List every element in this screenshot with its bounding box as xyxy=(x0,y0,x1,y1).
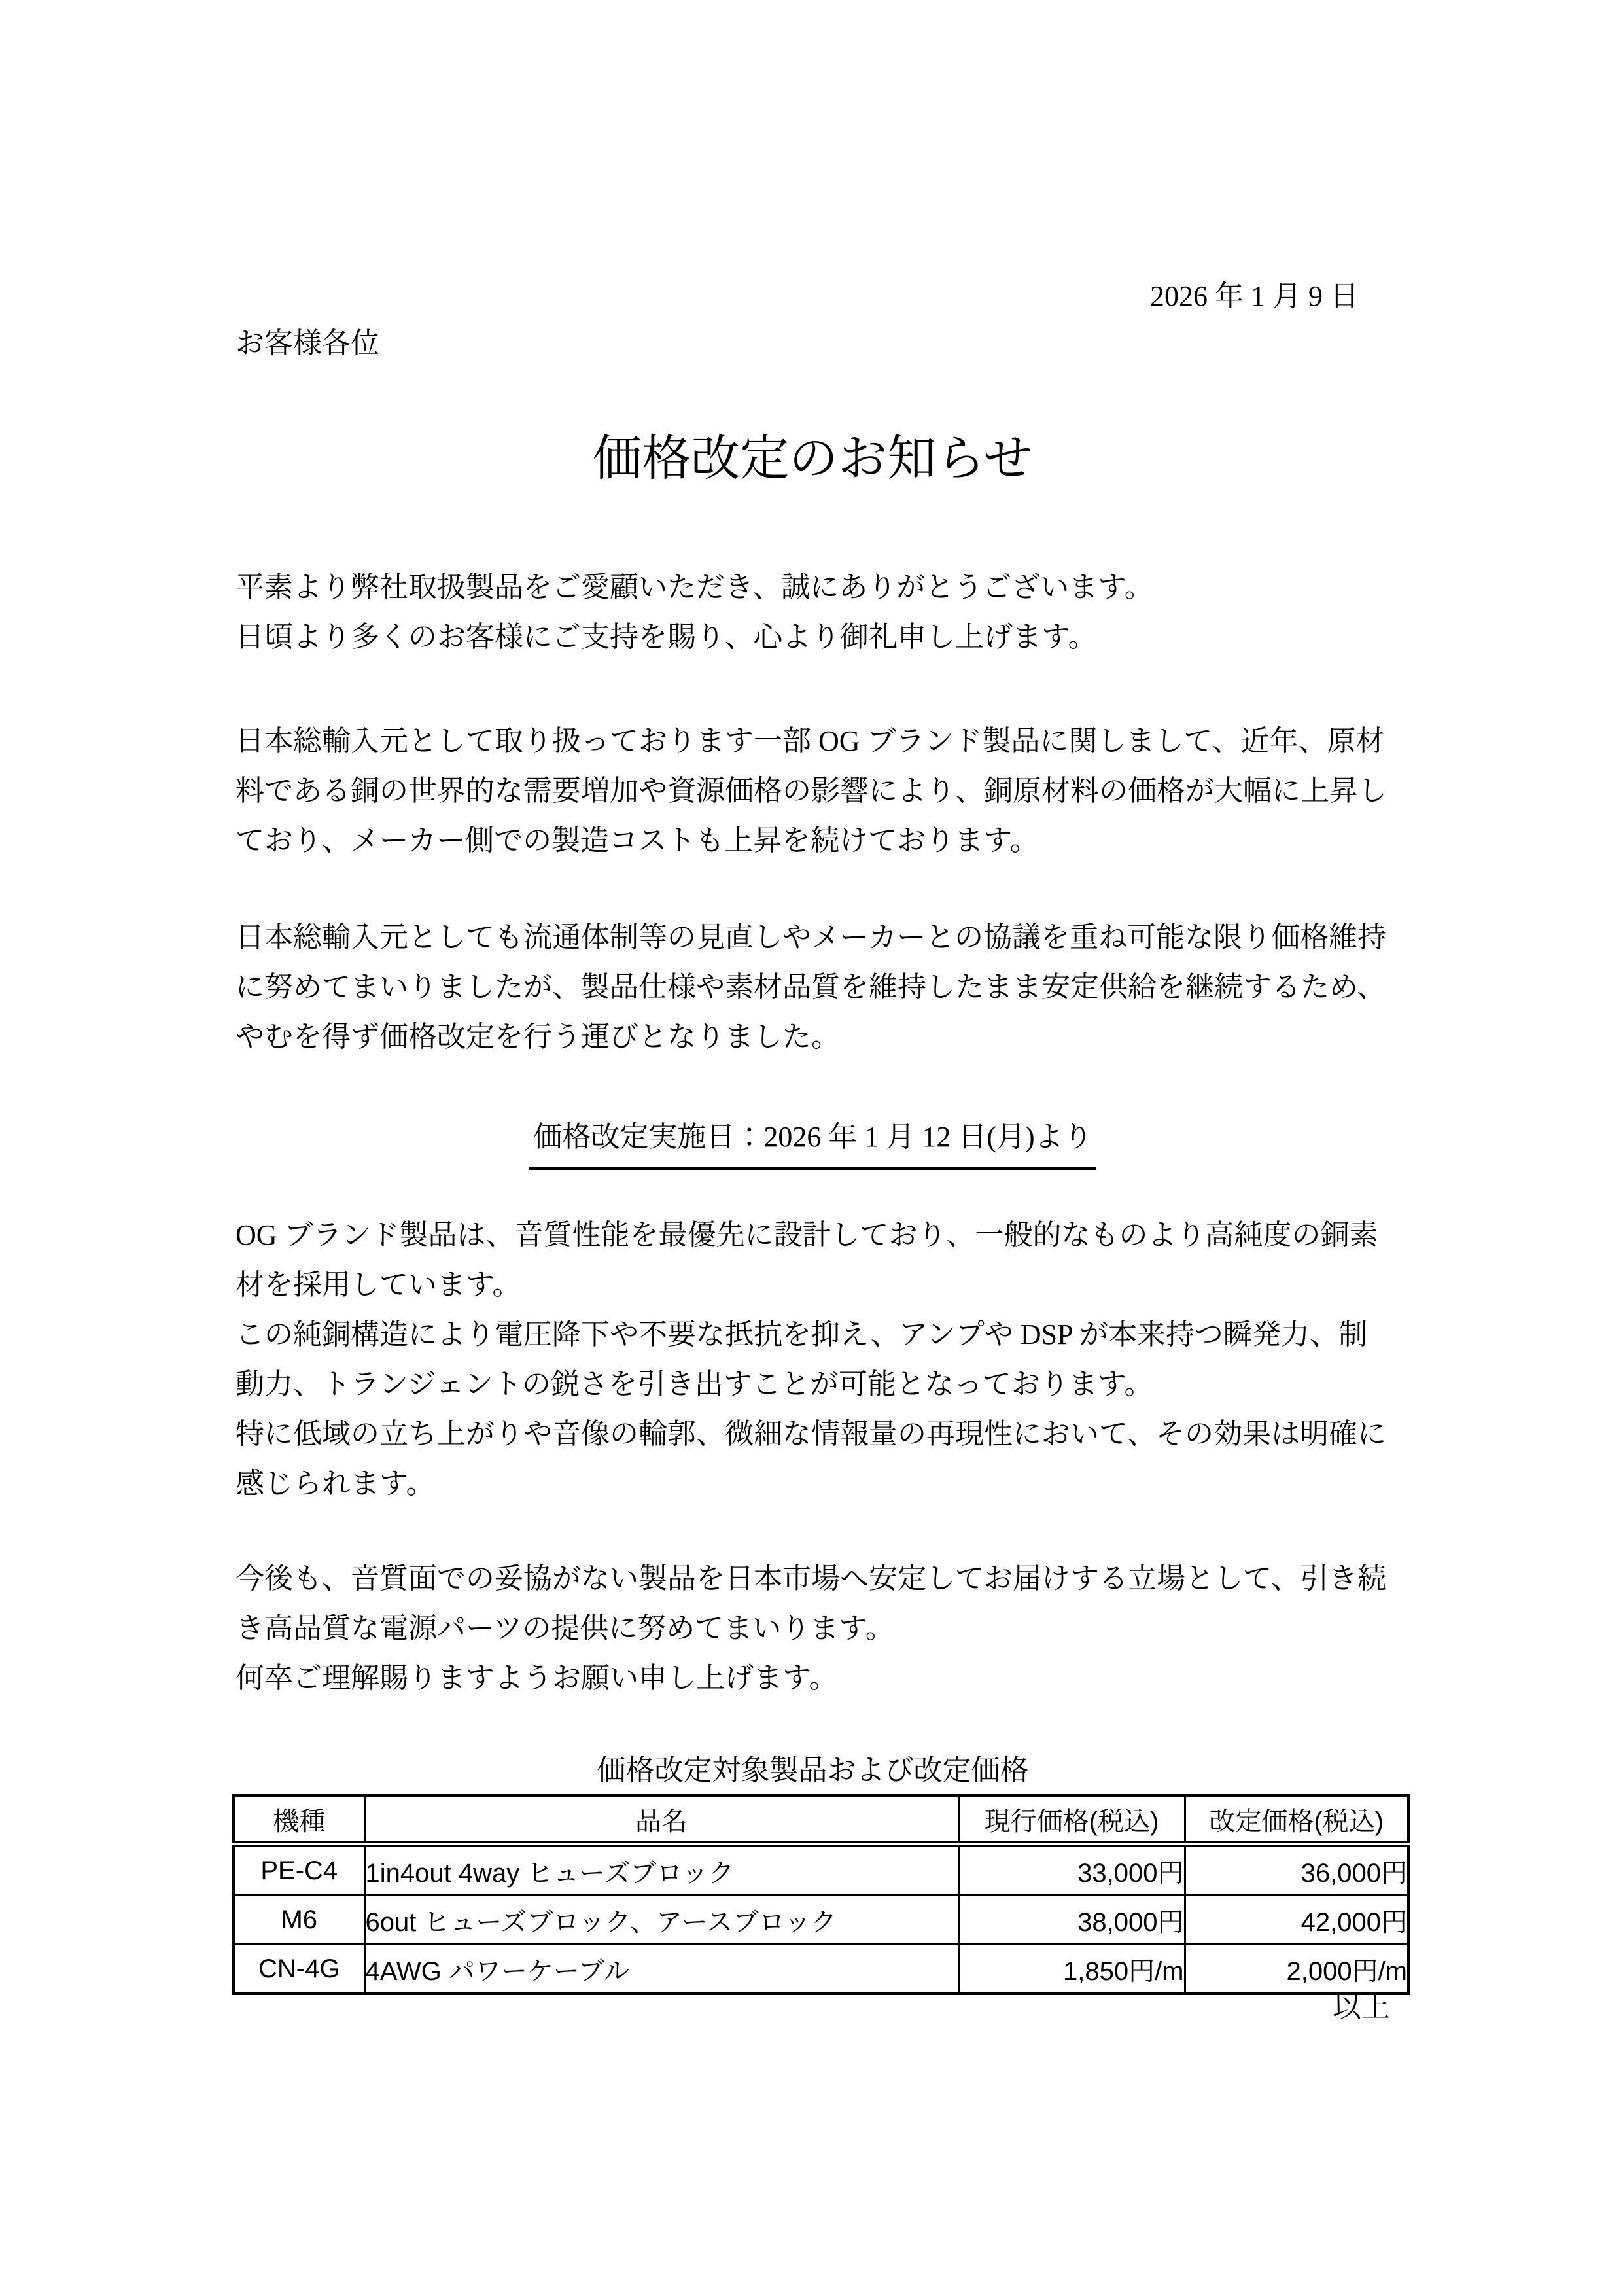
effective-date-line: 価格改定実施日：2026 年 1 月 12 日(月)より xyxy=(236,1112,1390,1170)
header-product-name: 品名 xyxy=(364,1795,958,1845)
revised-price-cell: 36,000円 xyxy=(1185,1845,1408,1896)
paragraph-greeting: 平素より弊社取扱製品をご愛顧いただき、誠にありがとうございます。 日頃より多くの… xyxy=(236,563,1390,662)
product-name-cell: 1in4out 4way ヒューズブロック xyxy=(364,1845,958,1896)
text-line: 日本総輸入元として取り扱っております一部 OG ブランド製品に関しまして、近年、… xyxy=(236,716,1390,766)
document-title: 価格改定のお知らせ xyxy=(236,432,1390,487)
text-line: 日本総輸入元としても流通体制等の見直しやメーカーとの協議を重ね可能な限り価格維持 xyxy=(236,913,1390,963)
text-line: 平素より弊社取扱製品をご愛顧いただき、誠にありがとうございます。 xyxy=(236,563,1390,612)
document-page: 2026 年 1 月 9 日 お客様各位 価格改定のお知らせ 平素より弊社取扱製… xyxy=(0,0,1623,2296)
text-line: 特に低域の立ち上がりや音像の輪郭、微細な情報量の再現性において、その効果は明確に xyxy=(236,1409,1390,1459)
effective-date-text: 価格改定実施日：2026 年 1 月 12 日(月)より xyxy=(529,1112,1096,1170)
table-header-row: 機種 品名 現行価格(税込) 改定価格(税込) xyxy=(234,1795,1408,1845)
paragraph-background: 日本総輸入元として取り扱っております一部 OG ブランド製品に関しまして、近年、… xyxy=(236,716,1390,866)
model-cell: PE-C4 xyxy=(234,1845,364,1896)
price-revision-table: 機種 品名 現行価格(税込) 改定価格(税込) PE-C4 1in4out 4w… xyxy=(232,1794,1410,1995)
text-line: 日頃より多くのお客様にご支持を賜り、心より御礼申し上げます。 xyxy=(236,612,1390,662)
current-price-cell: 38,000円 xyxy=(958,1896,1185,1945)
text-line: 動力、トランジェントの鋭さを引き出すことが可能となっております。 xyxy=(236,1360,1390,1409)
table-row: PE-C4 1in4out 4way ヒューズブロック 33,000円 36,0… xyxy=(234,1845,1408,1896)
product-name-cell: 6out ヒューズブロック、アースブロック xyxy=(364,1896,958,1945)
table-row: M6 6out ヒューズブロック、アースブロック 38,000円 42,000円 xyxy=(234,1896,1408,1945)
paragraph-closing-remarks: 今後も、音質面での妥協がない製品を日本市場へ安定してお届けする立場として、引き続… xyxy=(236,1554,1390,1703)
current-price-cell: 33,000円 xyxy=(958,1845,1185,1896)
text-line: 材を採用しています。 xyxy=(236,1260,1390,1310)
revised-price-cell: 42,000円 xyxy=(1185,1896,1408,1945)
paragraph-product-quality: OG ブランド製品は、音質性能を最優先に設計しており、一般的なものより高純度の銅… xyxy=(236,1210,1390,1509)
price-table-caption: 価格改定対象製品および改定価格 xyxy=(236,1746,1390,1795)
header-revised-price: 改定価格(税込) xyxy=(1185,1795,1408,1845)
header-current-price: 現行価格(税込) xyxy=(958,1795,1185,1845)
header-model: 機種 xyxy=(234,1795,364,1845)
closing-ijou: 以上 xyxy=(236,1983,1390,2032)
text-line: やむを得ず価格改定を行う運びとなりました。 xyxy=(236,1012,1390,1062)
model-cell: M6 xyxy=(234,1896,364,1945)
text-line: 何卒ご理解賜りますようお願い申し上げます。 xyxy=(236,1653,1390,1703)
text-line: この純銅構造により電圧降下や不要な抵抗を抑え、アンプや DSP が本来持つ瞬発力… xyxy=(236,1310,1390,1360)
text-line: 料である銅の世界的な需要増加や資源価格の影響により、銅原材料の価格が大幅に上昇し xyxy=(236,766,1390,816)
document-date: 2026 年 1 月 9 日 xyxy=(236,272,1390,321)
text-line: に努めてまいりましたが、製品仕様や素材品質を維持したまま安定供給を継続するため、 xyxy=(236,963,1390,1012)
text-line: OG ブランド製品は、音質性能を最優先に設計しており、一般的なものより高純度の銅… xyxy=(236,1210,1390,1260)
text-line: き高品質な電源パーツの提供に努めてまいります。 xyxy=(236,1604,1390,1653)
paragraph-decision: 日本総輸入元としても流通体制等の見直しやメーカーとの協議を重ね可能な限り価格維持… xyxy=(236,913,1390,1062)
recipient-line: お客様各位 xyxy=(236,319,1390,368)
text-line: 感じられます。 xyxy=(236,1459,1390,1509)
text-line: ており、メーカー側での製造コストも上昇を続けております。 xyxy=(236,816,1390,866)
text-line: 今後も、音質面での妥協がない製品を日本市場へ安定してお届けする立場として、引き続 xyxy=(236,1554,1390,1604)
